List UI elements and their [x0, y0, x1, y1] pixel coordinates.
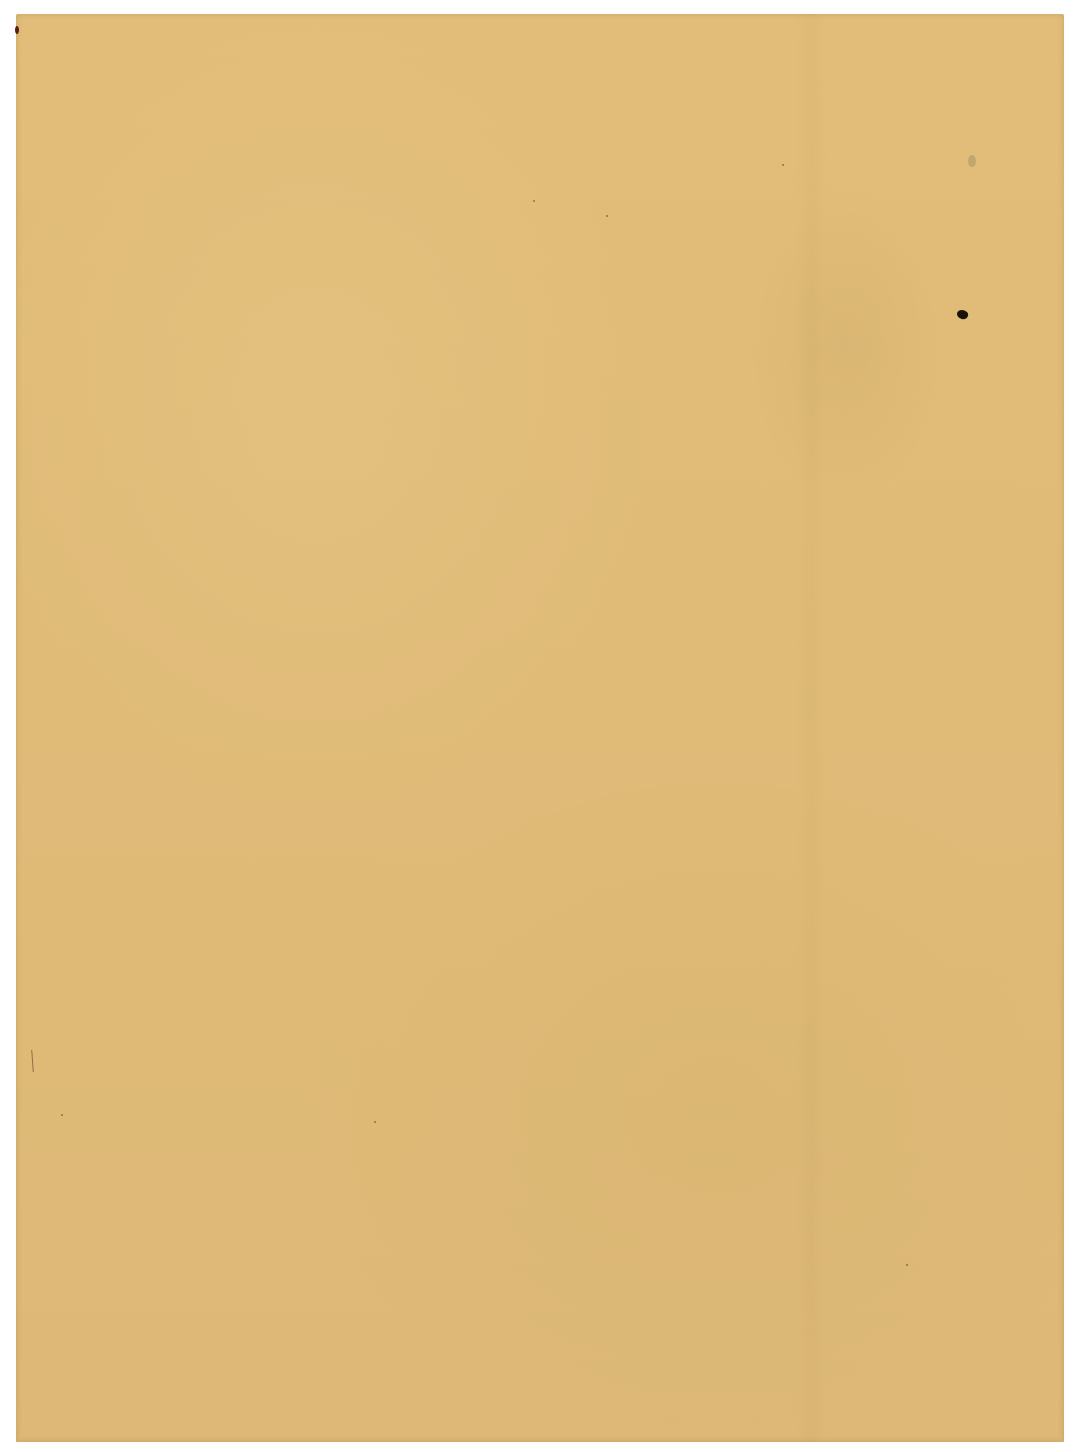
- edge-scratch: [31, 1050, 34, 1072]
- paper-stain: [968, 155, 976, 167]
- paper-speck: [606, 215, 608, 217]
- paper-speck: [374, 1121, 376, 1123]
- paper-speck: [906, 1264, 908, 1266]
- paper-fold-shading: [796, 14, 826, 1442]
- blank-paper-sheet: [16, 14, 1064, 1442]
- paper-speck: [533, 200, 535, 202]
- paper-speck: [61, 1114, 63, 1116]
- paper-speck: [782, 164, 784, 166]
- corner-mark: [15, 26, 19, 34]
- ink-spot: [955, 308, 969, 321]
